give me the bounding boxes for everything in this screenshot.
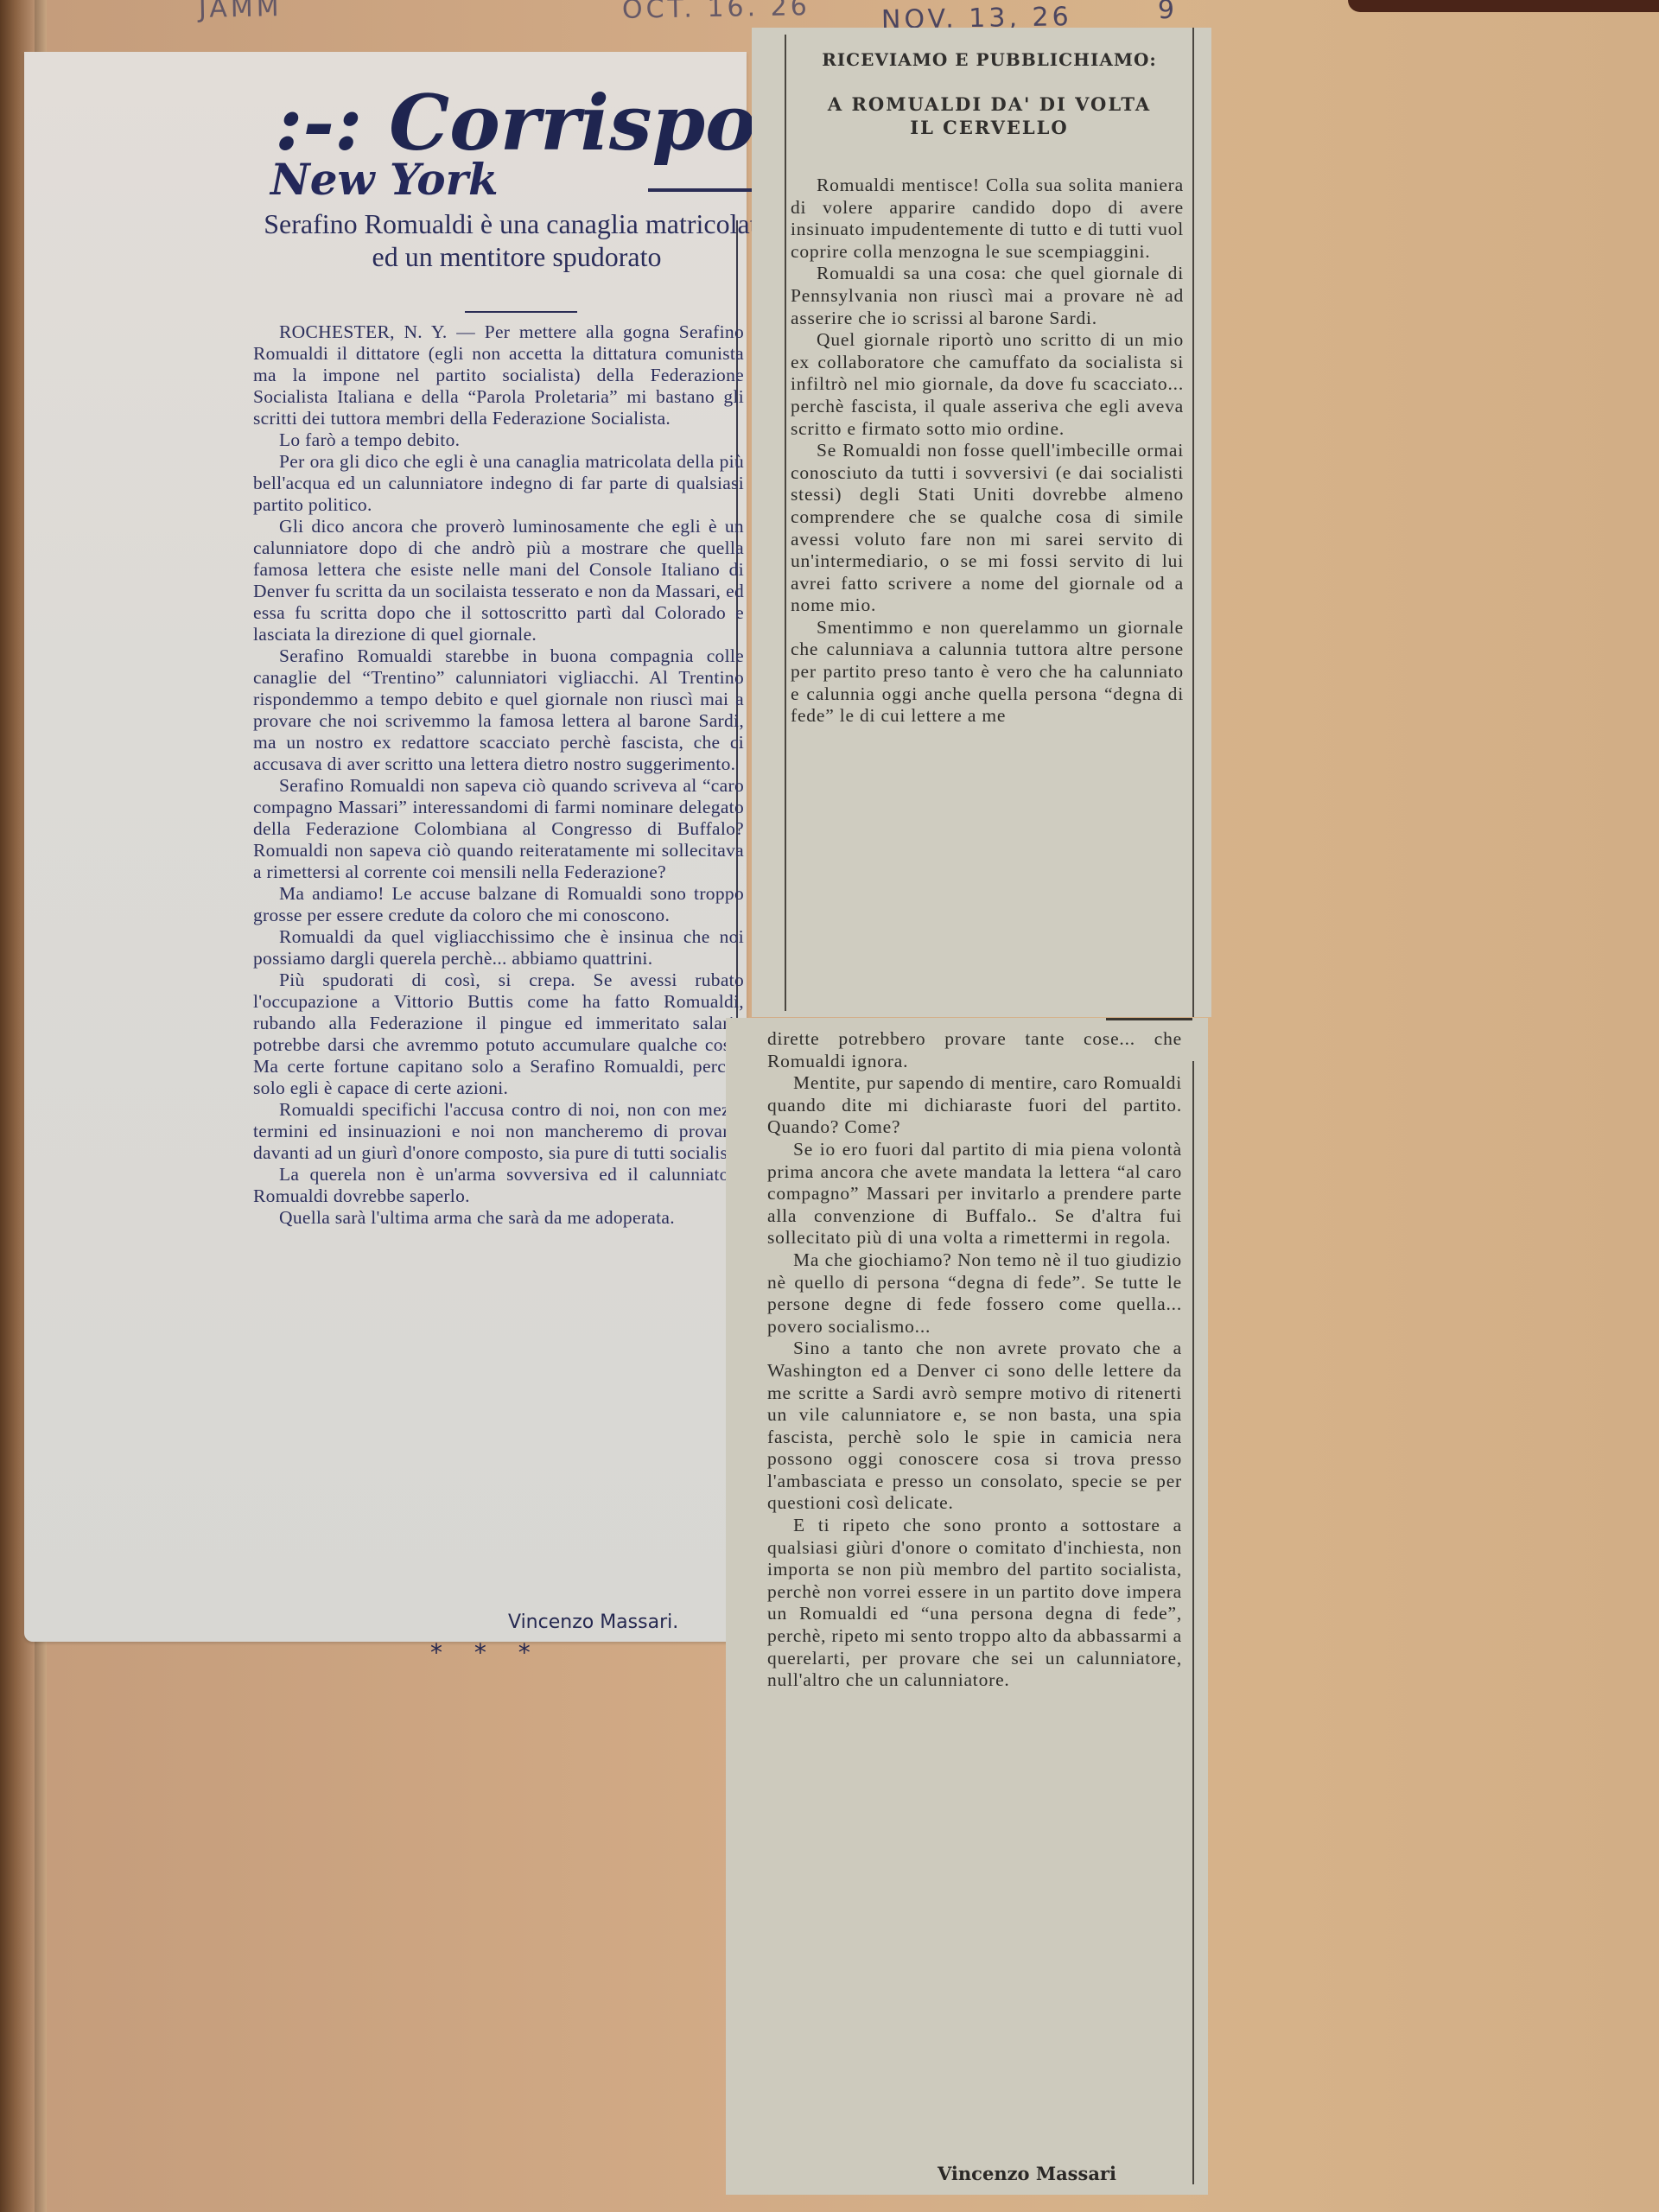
headline-line-1: A ROMUALDI DA' DI VOLTA xyxy=(786,92,1192,116)
paragraph: Quella sarà l'ultima arma che sarà da me… xyxy=(253,1207,744,1229)
paragraph: Per ora gli dico che egli è una canaglia… xyxy=(253,451,744,516)
signature: Vincenzo Massari. xyxy=(508,1611,678,1633)
paragraph: dirette potrebbero provare tante cose...… xyxy=(767,1028,1182,1072)
paragraph: Romualdi da quel vigliacchissimo che è i… xyxy=(253,926,744,969)
end-mark: * * * xyxy=(430,1638,543,1667)
paragraph: Quel giornale riportò uno scritto di un … xyxy=(791,329,1184,440)
column-rule-right xyxy=(1192,28,1194,1017)
paragraph: La querela non è un'arma sovversiva ed i… xyxy=(253,1164,744,1207)
kicker: RICEVIAMO E PUBBLICHIAMO: xyxy=(786,49,1192,70)
paragraph: Smentimmo e non querelammo un giornale c… xyxy=(791,617,1184,728)
clipping-riceviamo-continued: dirette potrebbero provare tante cose...… xyxy=(726,1018,1208,2195)
binding-tab xyxy=(1348,0,1659,12)
column-rule-left xyxy=(785,35,786,1011)
article-body-bottom: dirette potrebbero provare tante cose...… xyxy=(767,1028,1182,1692)
paragraph: Ma andiamo! Le accuse balzane di Romuald… xyxy=(253,883,744,926)
paragraph: Serafino Romualdi non sapeva ciò quando … xyxy=(253,775,744,883)
headline-line-2: IL CERVELLO xyxy=(786,116,1192,139)
tear-line xyxy=(1106,1018,1192,1020)
paragraph: Se io ero fuori dal partito di mia piena… xyxy=(767,1139,1182,1249)
paragraph: Serafino Romualdi starebbe in buona comp… xyxy=(253,645,744,775)
paragraph: Gli dico ancora che proverò luminosament… xyxy=(253,516,744,645)
article-headline: Serafino Romualdi è una canaglia matrico… xyxy=(253,207,780,273)
paragraph: Più spudorati di così, si crepa. Se aves… xyxy=(253,969,744,1099)
paragraph: Ma che giochiamo? Non temo nè il tuo giu… xyxy=(767,1249,1182,1338)
paragraph: E ti ripeto che sono pronto a sottostare… xyxy=(767,1515,1182,1692)
paragraph: Mentite, pur sapendo di mentire, caro Ro… xyxy=(767,1072,1182,1139)
paragraph: Sino a tanto che non avrete provato che … xyxy=(767,1338,1182,1515)
signature: Vincenzo Massari xyxy=(938,2163,1116,2184)
paragraph: Lo farò a tempo debito. xyxy=(253,429,744,451)
article-body: ROCHESTER, N. Y. — Per mettere alla gogn… xyxy=(253,321,744,1229)
article-body-top: Romualdi mentisce! Colla sua solita mani… xyxy=(791,175,1184,728)
paragraph: Romualdi mentisce! Colla sua solita mani… xyxy=(791,175,1184,263)
clipping-new-york: :-: Corrispo New York Serafino Romualdi … xyxy=(24,52,747,1642)
paragraph: Romualdi specifichi l'accusa contro di n… xyxy=(253,1099,744,1164)
article-headline: A ROMUALDI DA' DI VOLTA IL CERVELLO xyxy=(786,92,1192,139)
headline-rule xyxy=(465,311,577,313)
masthead-rule xyxy=(648,188,752,192)
paragraph: ROCHESTER, N. Y. — Per mettere alla gogn… xyxy=(253,321,744,429)
handwritten-note-left: JAMM xyxy=(199,0,283,24)
section-title: New York xyxy=(270,154,499,205)
clipping-riceviamo: RICEVIAMO E PUBBLICHIAMO: A ROMUALDI DA'… xyxy=(752,28,1211,1017)
column-rule-right xyxy=(1192,1061,1194,2184)
handwritten-date-left: OCT. 16. 26 xyxy=(622,0,810,25)
paragraph: Se Romualdi non fosse quell'imbecille or… xyxy=(791,440,1184,617)
paragraph: Romualdi sa una cosa: che quel giornale … xyxy=(791,263,1184,329)
handwritten-mark: 9 xyxy=(1158,0,1179,25)
